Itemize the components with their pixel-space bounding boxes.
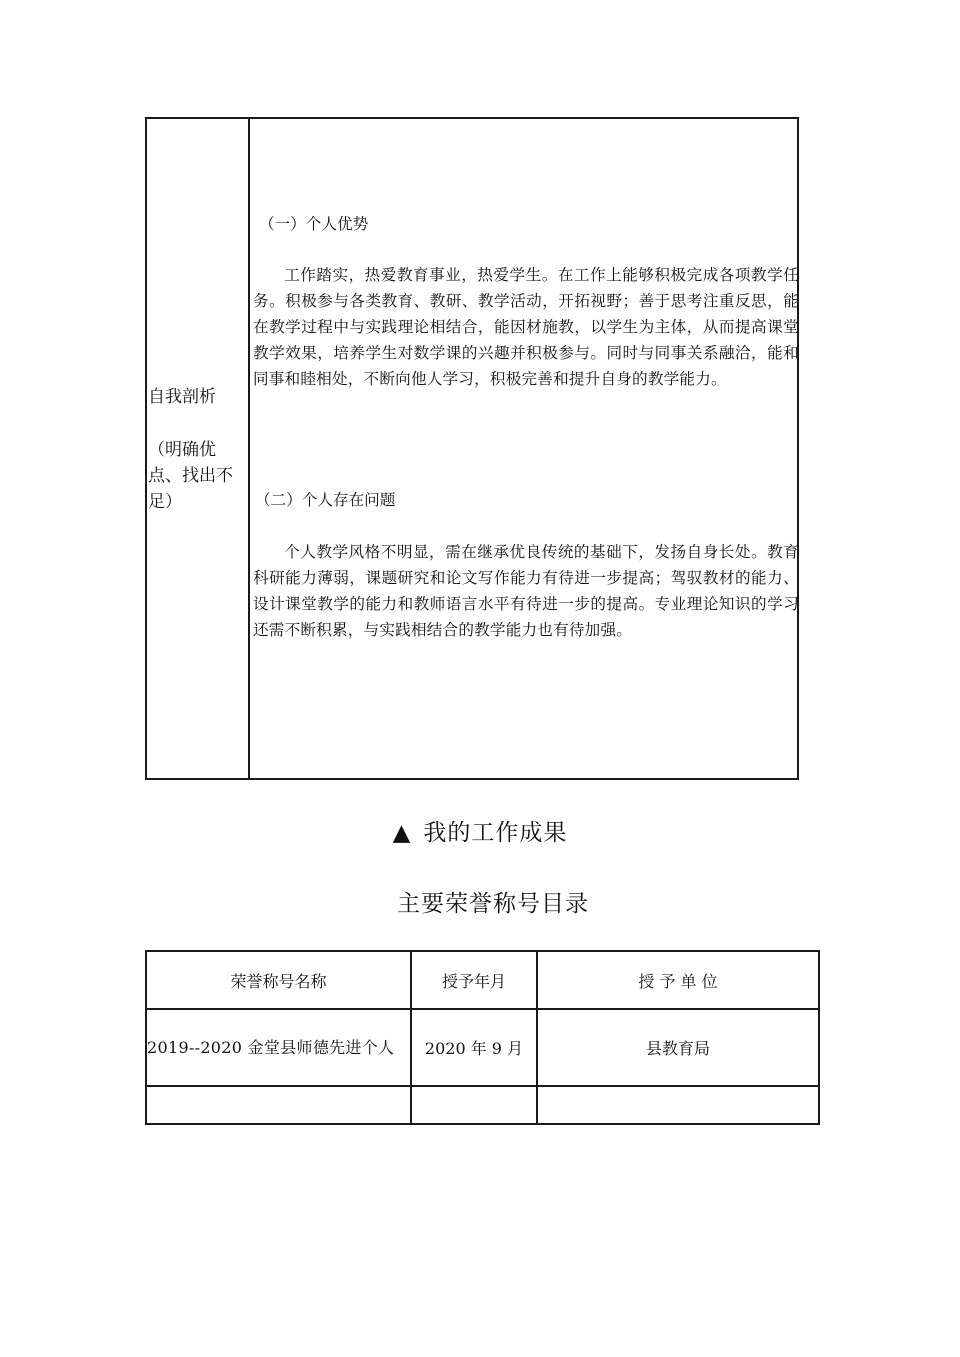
achievements-heading: ▲我的工作成果 [0, 814, 960, 847]
column-header-awarding-unit: 授 予 单 位 [537, 951, 819, 1009]
table-row [146, 1086, 819, 1124]
problems-paragraph: 个人教学风格不明显，需在继承优良传统的基础下，发扬自身长处。教育科研能力薄弱，课… [253, 539, 799, 643]
self-analysis-table: 自我剖析 （明确优点、找出不足） （一）个人优势 工作踏实，热爱教育事业，热爱学… [145, 117, 799, 780]
awarding-unit-cell: 县教育局 [537, 1009, 819, 1086]
problems-heading: （二）个人存在问题 [255, 487, 395, 513]
honors-list-title: 主要荣誉称号目录 [0, 885, 960, 918]
honor-name-cell [146, 1086, 411, 1124]
honors-table: 荣誉称号名称 授予年月 授 予 单 位 2019--2020 金堂县师德先进个人… [145, 950, 820, 1125]
strengths-paragraph: 工作踏实，热爱教育事业，热爱学生。在工作上能够积极完成各项教学任务。积极参与各类… [253, 262, 799, 392]
self-analysis-label-title: 自我剖析 [148, 384, 216, 410]
award-date-cell: 2020 年 9 月 [411, 1009, 537, 1086]
table-row: 2019--2020 金堂县师德先进个人 2020 年 9 月 县教育局 [146, 1009, 819, 1086]
self-analysis-label-subtitle: （明确优点、找出不足） [148, 437, 248, 515]
award-date-cell [411, 1086, 537, 1124]
self-analysis-content-cell: （一）个人优势 工作踏实，热爱教育事业，热爱学生。在工作上能够积极完成各项教学任… [251, 119, 797, 778]
strengths-heading: （一）个人优势 [259, 211, 368, 237]
honors-table-header: 荣誉称号名称 授予年月 授 予 单 位 [146, 951, 819, 1009]
column-header-honor-name: 荣誉称号名称 [146, 951, 411, 1009]
honor-name-cell: 2019--2020 金堂县师德先进个人 [146, 1009, 411, 1086]
awarding-unit-cell [537, 1086, 819, 1124]
self-analysis-label-cell: 自我剖析 （明确优点、找出不足） [147, 119, 250, 778]
triangle-marker-icon: ▲ [393, 820, 412, 846]
achievements-heading-text: 我的工作成果 [423, 820, 567, 846]
column-header-award-date: 授予年月 [411, 951, 537, 1009]
